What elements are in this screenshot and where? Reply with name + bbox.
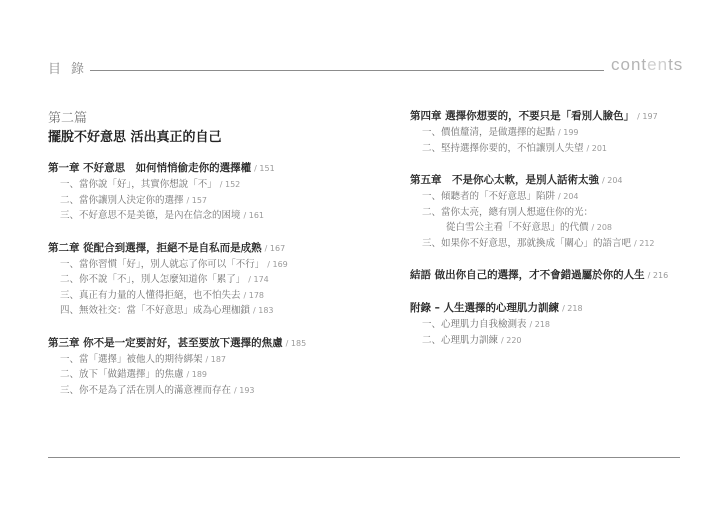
section-item[interactable]: 二、堅持選擇你要的，不怕讓別人失望/ 201	[410, 141, 710, 157]
section-title: 二、當你讓別人決定你的選擇	[60, 195, 184, 206]
contents-part: e	[647, 55, 657, 74]
chapter-title[interactable]: 附錄 – 人生選擇的心理肌力訓練/ 218	[410, 300, 710, 317]
page-number: / 183	[253, 306, 274, 315]
section-item[interactable]: 二、你不說「不」，別人怎麼知道你「累了」/ 174	[48, 272, 388, 288]
chapter-title[interactable]: 第一章 不好意思 如何悄悄偷走你的選擇權/ 151	[48, 160, 388, 177]
toc-label: 目錄	[48, 58, 94, 77]
footer-rule	[48, 457, 680, 458]
page-number: / 212	[634, 239, 655, 248]
chapter-title-text: 第三章 你不是一定要討好，甚至要放下選擇的焦慮	[48, 337, 283, 349]
section-title: 一、價值釐清，是做選擇的起點	[422, 127, 555, 138]
page-number: / 151	[254, 164, 275, 173]
contents-part: cont	[611, 55, 647, 74]
toc-left-column: 第一章 不好意思 如何悄悄偷走你的選擇權/ 151 一、當你說「好」，其實你想說…	[48, 160, 388, 414]
page-number: / 218	[562, 304, 583, 313]
chapter-title-text: 附錄 – 人生選擇的心理肌力訓練	[410, 302, 559, 314]
chapter-title-text: 第五章 不是你心太軟，是別人話術太強	[410, 174, 599, 186]
chapter-title-text: 第二章 從配合到選擇，拒絕不是自私而是成熟	[48, 242, 262, 254]
section-item[interactable]: 二、心理肌力訓練/ 220	[410, 333, 710, 349]
page-number: / 169	[267, 260, 288, 269]
chapter-title-text: 第一章 不好意思 如何悄悄偷走你的選擇權	[48, 162, 251, 174]
section-item[interactable]: 一、當你說「好」，其實你想說「不」/ 152	[48, 177, 388, 193]
chapter-1: 第一章 不好意思 如何悄悄偷走你的選擇權/ 151 一、當你說「好」，其實你想說…	[48, 160, 388, 224]
page-number: / 187	[206, 355, 227, 364]
section-title: 二、堅持選擇你要的，不怕讓別人失望	[422, 143, 584, 154]
chapter-title[interactable]: 第三章 你不是一定要討好，甚至要放下選擇的焦慮/ 185	[48, 335, 388, 352]
section-title: 一、傾聽者的「不好意思」陷阱	[422, 191, 555, 202]
part-title: 擺脫不好意思 活出真正的自己	[48, 128, 222, 148]
page-number: / 193	[234, 386, 255, 395]
page-number: / 208	[592, 223, 613, 232]
section-title: 一、心理肌力自我檢測表	[422, 319, 527, 330]
chapter-title[interactable]: 結語 做出你自己的選擇，才不會錯過屬於你的人生/ 216	[410, 267, 710, 284]
page-number: / 161	[244, 211, 265, 220]
chapter-title-text: 第四章 選擇你想要的，不要只是「看別人臉色」	[410, 110, 634, 122]
part-heading: 第二篇 擺脫不好意思 活出真正的自己	[48, 110, 222, 148]
section-title: 三、不好意思不是美德，是內在信念的困境	[60, 210, 241, 221]
page-number: / 216	[648, 271, 669, 280]
page-number: / 178	[244, 291, 265, 300]
page-number: / 197	[637, 112, 658, 121]
page-number: / 174	[248, 275, 269, 284]
chapter-5: 第五章 不是你心太軟，是別人話術太強/ 204 一、傾聽者的「不好意思」陷阱/ …	[410, 172, 710, 251]
section-item[interactable]: 三、不好意思不是美德，是內在信念的困境/ 161	[48, 208, 388, 224]
section-item[interactable]: 四、無效社交：當「不好意思」成為心理枷鎖/ 183	[48, 303, 388, 319]
page-number: / 201	[587, 144, 608, 153]
section-item[interactable]: 一、當「選擇」被他人的期待綁架/ 187	[48, 352, 388, 368]
section-title: 三、你不是為了活在別人的滿意裡而存在	[60, 385, 231, 396]
conclusion: 結語 做出你自己的選擇，才不會錯過屬於你的人生/ 216	[410, 267, 710, 284]
page-number: / 199	[558, 128, 579, 137]
appendix: 附錄 – 人生選擇的心理肌力訓練/ 218 一、心理肌力自我檢測表/ 218 二…	[410, 300, 710, 348]
section-title: 一、當你說「好」，其實你想說「不」	[60, 179, 217, 190]
section-title: 二、當你太亮，總有別人想遮住你的光：	[422, 207, 593, 218]
section-item[interactable]: 一、價值釐清，是做選擇的起點/ 199	[410, 125, 710, 141]
header-rule	[90, 70, 604, 71]
section-item-continuation[interactable]: 從白雪公主看「不好意思」的代價/ 208	[410, 220, 710, 236]
contents-part: ts	[668, 55, 683, 74]
section-title: 一、當你習慣「好」，別人就忘了你可以「不行」	[60, 259, 264, 270]
section-title: 四、無效社交：當「不好意思」成為心理枷鎖	[60, 305, 250, 316]
page-number: / 218	[530, 320, 551, 329]
section-item[interactable]: 一、傾聽者的「不好意思」陷阱/ 204	[410, 189, 710, 205]
section-item[interactable]: 二、當你讓別人決定你的選擇/ 157	[48, 193, 388, 209]
section-title: 二、你不說「不」，別人怎麼知道你「累了」	[60, 274, 245, 285]
section-title: 二、心理肌力訓練	[422, 335, 498, 346]
section-item[interactable]: 三、真正有力量的人懂得拒絕，也不怕失去/ 178	[48, 288, 388, 304]
toc-header: 目錄 contents	[48, 56, 680, 80]
section-item[interactable]: 一、心理肌力自我檢測表/ 218	[410, 317, 710, 333]
chapter-title[interactable]: 第五章 不是你心太軟，是別人話術太強/ 204	[410, 172, 710, 189]
section-title: 三、如果你不好意思，那就換成「關心」的語言吧	[422, 238, 631, 249]
page-number: / 204	[602, 176, 623, 185]
chapter-4: 第四章 選擇你想要的，不要只是「看別人臉色」/ 197 一、價值釐清，是做選擇的…	[410, 108, 710, 156]
page-number: / 189	[187, 370, 208, 379]
section-item[interactable]: 三、如果你不好意思，那就換成「關心」的語言吧/ 212	[410, 236, 710, 252]
section-item[interactable]: 三、你不是為了活在別人的滿意裡而存在/ 193	[48, 383, 388, 399]
chapter-3: 第三章 你不是一定要討好，甚至要放下選擇的焦慮/ 185 一、當「選擇」被他人的…	[48, 335, 388, 399]
section-item[interactable]: 二、當你太亮，總有別人想遮住你的光：	[410, 205, 710, 221]
page-number: / 204	[558, 192, 579, 201]
section-title: 三、真正有力量的人懂得拒絕，也不怕失去	[60, 290, 241, 301]
part-number: 第二篇	[48, 110, 222, 128]
page-number: / 152	[220, 180, 241, 189]
chapter-title[interactable]: 第二章 從配合到選擇，拒絕不是自私而是成熟/ 167	[48, 240, 388, 257]
page-number: / 220	[501, 336, 522, 345]
section-title: 從白雪公主看「不好意思」的代價	[446, 222, 589, 233]
page-number: / 185	[286, 339, 307, 348]
section-item[interactable]: 一、當你習慣「好」，別人就忘了你可以「不行」/ 169	[48, 257, 388, 273]
contents-part: n	[658, 55, 668, 74]
page-number: / 167	[265, 244, 286, 253]
page-number: / 157	[187, 196, 208, 205]
section-item[interactable]: 二、放下「做錯選擇」的焦慮/ 189	[48, 367, 388, 383]
section-title: 二、放下「做錯選擇」的焦慮	[60, 369, 184, 380]
chapter-title[interactable]: 第四章 選擇你想要的，不要只是「看別人臉色」/ 197	[410, 108, 710, 125]
chapter-title-text: 結語 做出你自己的選擇，才不會錯過屬於你的人生	[410, 269, 645, 281]
section-title: 一、當「選擇」被他人的期待綁架	[60, 354, 203, 365]
toc-right-column: 第四章 選擇你想要的，不要只是「看別人臉色」/ 197 一、價值釐清，是做選擇的…	[410, 108, 710, 364]
contents-word: contents	[611, 55, 683, 75]
chapter-2: 第二章 從配合到選擇，拒絕不是自私而是成熟/ 167 一、當你習慣「好」，別人就…	[48, 240, 388, 319]
